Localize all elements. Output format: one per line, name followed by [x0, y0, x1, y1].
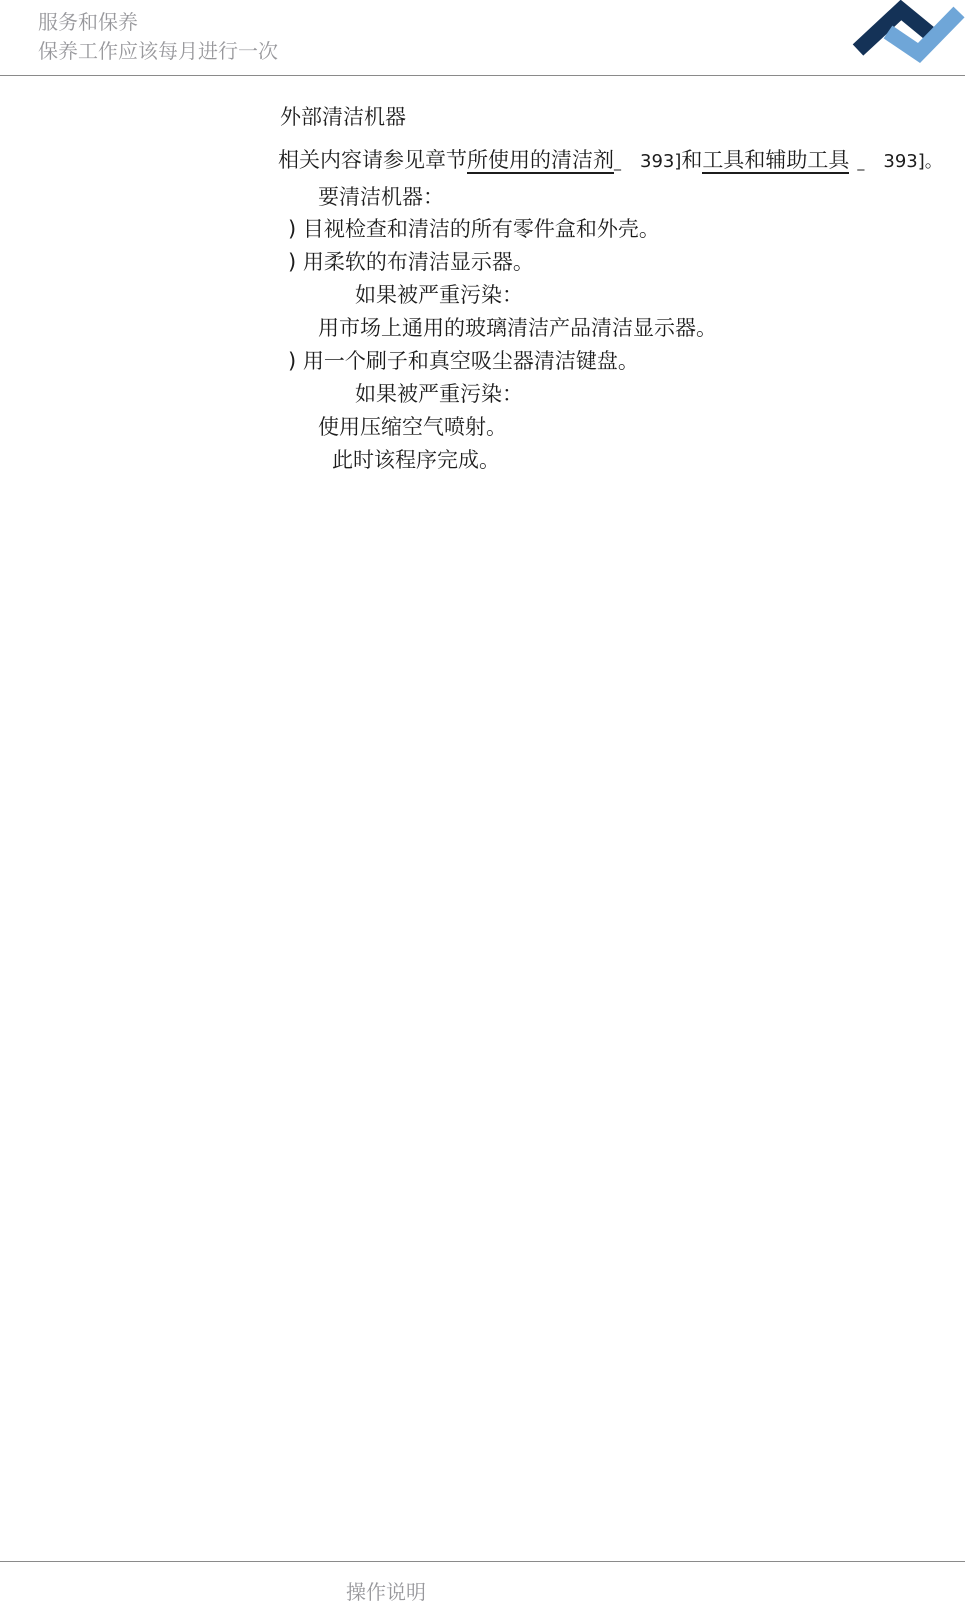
- header-chapter-title: 服务和保养: [38, 9, 138, 35]
- footer-divider: [0, 1561, 965, 1562]
- xref-marker-1: _: [614, 155, 621, 171]
- procedure-complete-line: 此时该程序完成。: [332, 444, 500, 474]
- action-compressed-air: 使用压缩空气喷射。: [318, 411, 507, 441]
- reference-prefix-text: 相关内容请参见章节: [278, 148, 467, 172]
- page-title: 外部清洁机器: [280, 101, 406, 131]
- manual-page: 服务和保养 保养工作应该每月进行一次 外部清洁机器 相关内容请参见章节所使用的清…: [0, 0, 965, 1606]
- instruction-intro-line: 要清洁机器：: [318, 181, 444, 211]
- step-item-inspect-housings: ) 目视检查和清洁的所有零件盒和外壳。: [288, 213, 660, 243]
- condition-heavy-soiling-2: 如果被严重污染：: [355, 378, 523, 408]
- condition-heavy-soiling-1: 如果被严重污染：: [355, 279, 523, 309]
- step-item-clean-keyboard: ) 用一个刷子和真空吸尘器清洁键盘。: [288, 345, 639, 375]
- header-divider: [0, 75, 965, 76]
- reference-conjunction-text: 和: [681, 148, 702, 172]
- step-item-clean-display: ) 用柔软的布清洁显示器。: [288, 246, 534, 276]
- link-tools-and-aids[interactable]: 工具和辅助工具: [702, 148, 849, 174]
- action-glass-cleaner: 用市场上通用的玻璃清洁产品清洁显示器。: [318, 312, 717, 342]
- xref-page-number-1: 393]: [640, 151, 681, 172]
- footer-doc-type: 操作说明: [346, 1576, 426, 1605]
- link-cleaning-agents[interactable]: 所使用的清洁剂: [467, 148, 614, 174]
- xref-marker-2: _: [857, 155, 864, 171]
- header-section-subtitle: 保养工作应该每月进行一次: [38, 38, 278, 64]
- xref-page-number-2: 393]。: [883, 151, 942, 172]
- cross-reference-paragraph: 相关内容请参见章节所使用的清洁剂_393]和工具和辅助工具_393]。: [278, 144, 943, 174]
- brand-logo: [846, 0, 965, 66]
